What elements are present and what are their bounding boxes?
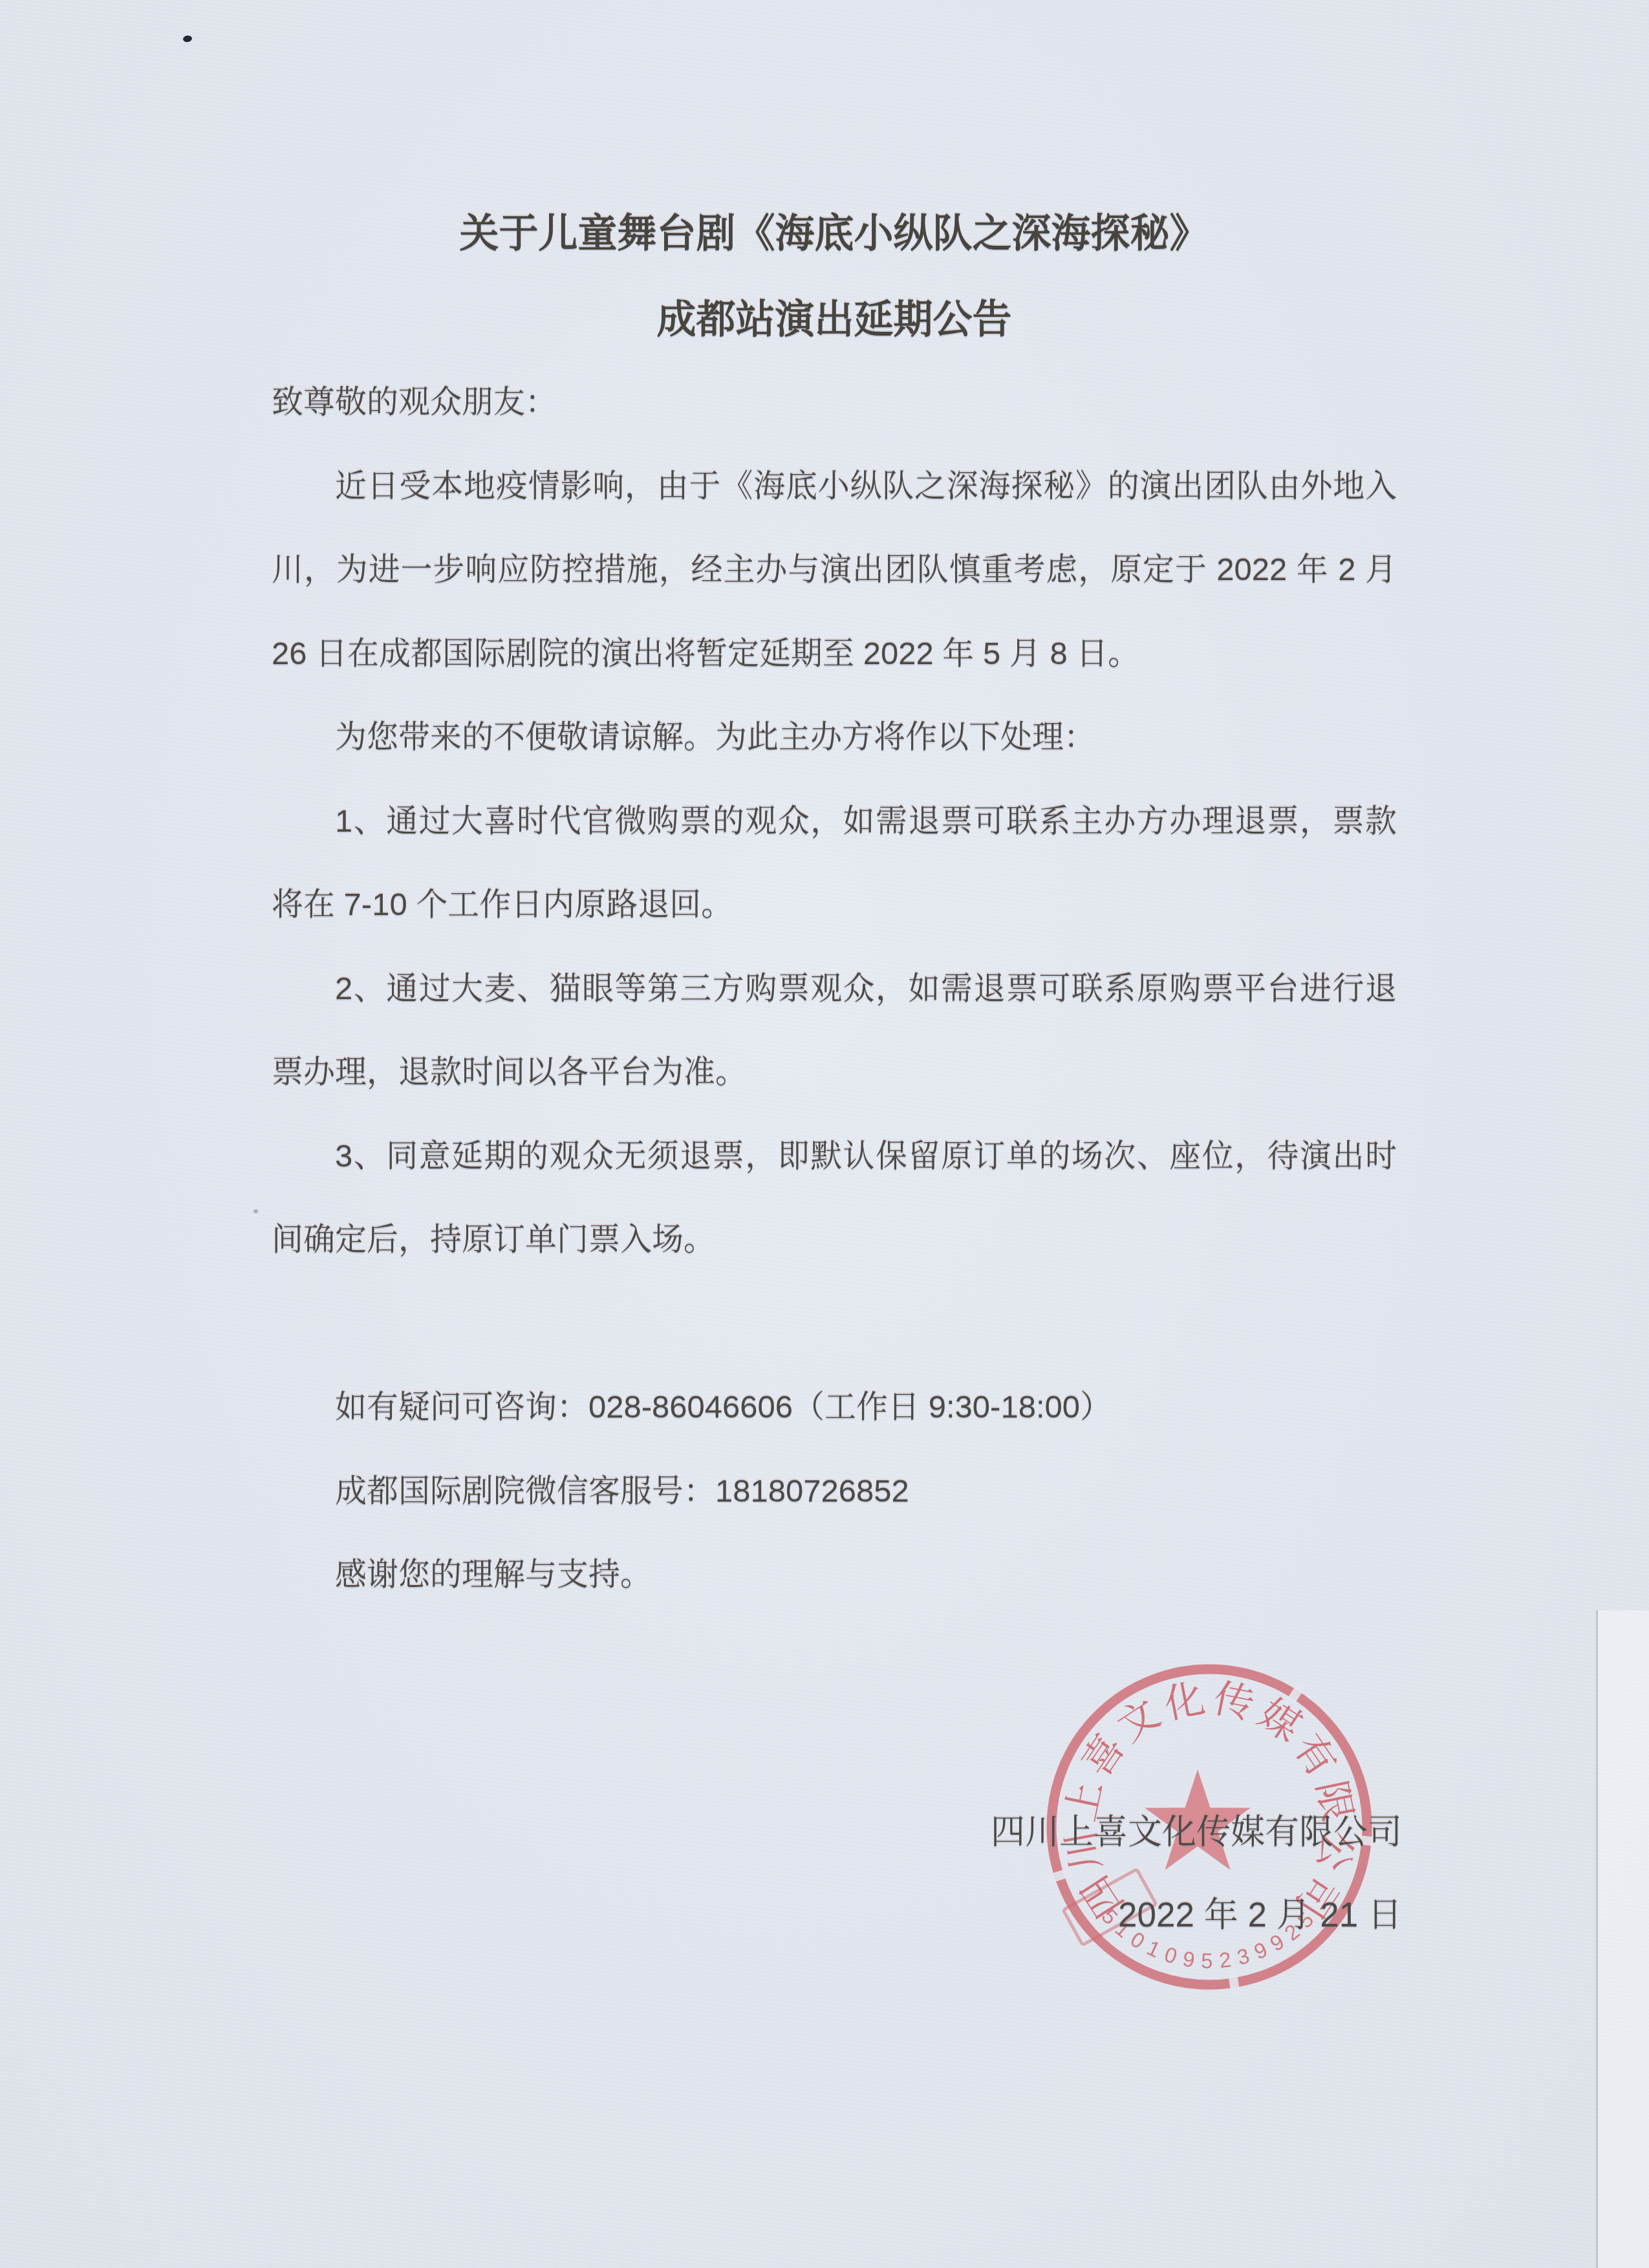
seal-code-digit: 2 xyxy=(1218,1947,1233,1972)
seal-code-digit: 9 xyxy=(1181,1947,1196,1972)
scan-edge-strip xyxy=(1598,1610,1649,2268)
document-line: 2、通过大麦、猫眼等第三方购票观众，如需退票可联系原购票平台进行退 xyxy=(272,970,1397,1008)
scan-edge-line xyxy=(1596,1610,1598,2268)
seal-ring-char: 化 xyxy=(1161,1676,1209,1728)
document-line: 3、同意延期的观众无须退票，即默认保留原订单的场次、座位，待演出时 xyxy=(272,1138,1397,1176)
seal-ring-char: 传 xyxy=(1210,1676,1258,1728)
document-line: 感谢您的理解与支持。 xyxy=(272,1556,1397,1594)
document-line: 成都国际剧院微信客服号：18180726852 xyxy=(272,1473,1397,1511)
seal-ring-break xyxy=(1227,1969,1240,1996)
seal-code-digit: 9 xyxy=(1251,1938,1271,1964)
document-line: 间确定后，持原订单门票入场。 xyxy=(272,1221,1397,1259)
document-line: 近日受本地疫情影响，由于《海底小纵队之深海探秘》的演出团队由外地入 xyxy=(272,468,1397,506)
seal-code-digit: 1 xyxy=(1143,1936,1164,1962)
paper-fleck xyxy=(253,1209,258,1213)
document-line: 将在 7-10 个工作日内原路退回。 xyxy=(272,886,1397,924)
document-line: 如有疑问可咨询：028-86046606（工作日 9:30-18:00） xyxy=(272,1388,1397,1427)
signature-date: 2022 年 2 月 21 日 xyxy=(1118,1895,1402,1936)
document-line: 26 日在成都国际剧院的演出将暂定延期至 2022 年 5 月 8 日。 xyxy=(272,635,1397,673)
seal-code-digit: 3 xyxy=(1234,1943,1252,1969)
document-line: 票办理，退款时间以各平台为准。 xyxy=(272,1053,1397,1092)
seal-code-digit: 5 xyxy=(1201,1949,1213,1972)
document-title-line-1: 关于儿童舞台剧《海底小纵队之深海探秘》 xyxy=(272,210,1397,257)
signature-company: 四川上喜文化传媒有限公司 xyxy=(991,1812,1402,1853)
document-line: 为您带来的不便敬请谅解。为此主办方将作以下处理： xyxy=(272,718,1397,757)
document-title-line-2: 成都站演出延期公告 xyxy=(272,296,1397,343)
scanned-document-page: 关于儿童舞台剧《海底小纵队之深海探秘》 成都站演出延期公告 致尊敬的观众朋友：近… xyxy=(0,0,1649,2268)
document-line: 川，为进一步响应防控措施，经主办与演出团队慎重考虑，原定于 2022 年 2 月 xyxy=(272,551,1397,589)
document-line: 致尊敬的观众朋友： xyxy=(272,383,1397,422)
ink-speck xyxy=(182,35,192,43)
seal-code-digit: 0 xyxy=(1161,1942,1180,1969)
document-line: 1、通过大喜时代官微购票的观众，如需退票可联系主办方办理退票，票款 xyxy=(272,803,1397,841)
